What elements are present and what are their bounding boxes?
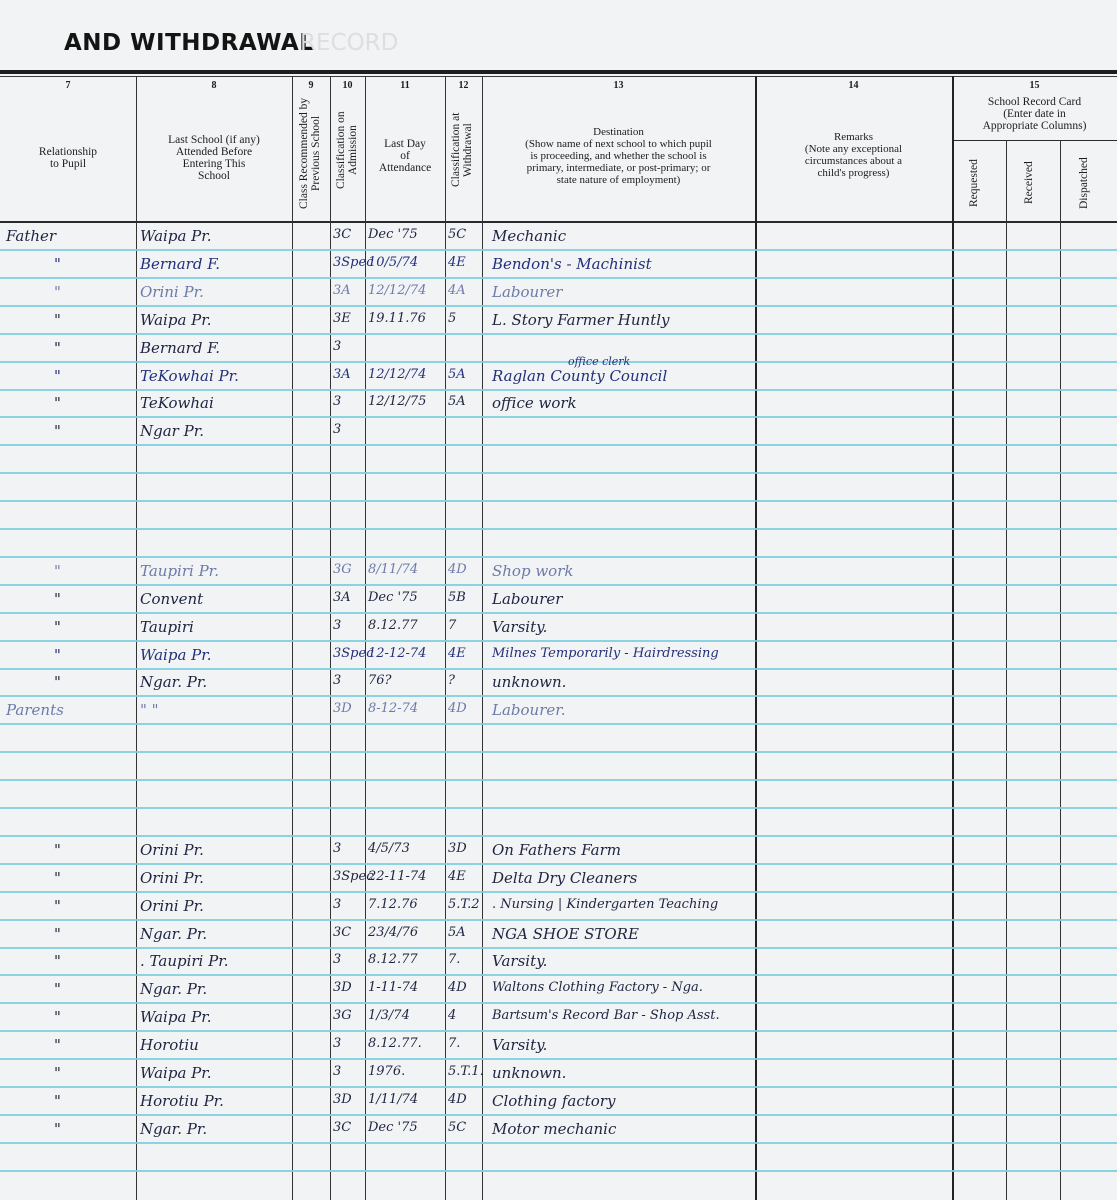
withdrawal-class-cell: 4D: [448, 980, 467, 995]
relationship-cell: Father: [6, 227, 56, 245]
last-day-cell: 23/4/76: [368, 925, 418, 940]
col-11-header: Last DayofAttendance: [365, 138, 445, 174]
last-school-cell: Waipa Pr.: [140, 1008, 212, 1026]
column-divider: [1006, 140, 1007, 1200]
last-school-cell: Orini Pr.: [140, 283, 204, 301]
col-15-received-header: Received: [1023, 150, 1043, 216]
ruled-line: [0, 612, 1117, 614]
last-day-cell: 22-11-74: [368, 869, 426, 884]
ruled-line: [0, 919, 1117, 921]
ruled-line: [0, 863, 1117, 865]
last-day-cell: 7.12.76: [368, 897, 418, 912]
destination-cell: office work: [492, 394, 577, 412]
withdrawal-class-cell: 5.T.2: [448, 897, 480, 912]
relationship-cell: ": [54, 283, 61, 301]
destination-cell: unknown.: [492, 1064, 566, 1082]
admission-class-cell: 3D: [333, 980, 352, 995]
withdrawal-class-cell: 4: [448, 1008, 456, 1023]
relationship-cell: ": [54, 422, 61, 440]
last-school-cell: Taupiri: [140, 618, 194, 636]
ruled-line: [0, 974, 1117, 976]
last-day-cell: 12/12/75: [368, 394, 426, 409]
col-11-number: 11: [365, 80, 445, 91]
withdrawal-class-cell: 4D: [448, 562, 467, 577]
col-8-header: Last School (if any)Attended Before Ente…: [136, 134, 292, 182]
last-day-cell: 12/12/74: [368, 367, 426, 382]
last-day-cell: 8.12.77.: [368, 1036, 422, 1051]
col-8-number: 8: [136, 80, 292, 91]
ruled-line: [0, 444, 1117, 446]
top-rule: [0, 70, 1117, 74]
col-12-header: Classification at Withdrawal: [450, 100, 476, 200]
destination-cell: Clothing factory: [492, 1092, 615, 1110]
col-13-number: 13: [482, 80, 755, 91]
destination-note: office clerk: [568, 355, 630, 368]
last-school-cell: Ngar. Pr.: [140, 1120, 207, 1138]
admission-class-cell: 3C: [333, 1120, 351, 1135]
admission-class-cell: 3: [333, 897, 341, 912]
ruled-line: [0, 584, 1117, 586]
last-day-cell: 8-12-74: [368, 701, 418, 716]
ruled-line: [0, 249, 1117, 251]
ruled-line: [0, 277, 1117, 279]
col-10-header: Classification on Admission: [335, 100, 361, 200]
admission-class-cell: 3E: [333, 311, 351, 326]
withdrawal-class-cell: 7.: [448, 1036, 460, 1051]
last-day-cell: 12-12-74: [368, 646, 426, 661]
last-school-cell: Ngar Pr.: [140, 422, 204, 440]
col-15-header: School Record Card(Enter date inAppropri…: [952, 96, 1117, 132]
ruled-line: [0, 779, 1117, 781]
destination-cell: Shop work: [492, 562, 573, 580]
last-day-cell: 76?: [368, 673, 392, 688]
relationship-cell: ": [54, 646, 61, 664]
withdrawal-class-cell: 5.T.1.: [448, 1064, 484, 1079]
ruled-line: [0, 835, 1117, 837]
destination-cell: . Nursing | Kindergarten Teaching: [492, 897, 718, 912]
col-7-number: 7: [0, 80, 136, 91]
last-day-cell: 10/5/74: [368, 255, 418, 270]
last-school-cell: TeKowhai Pr.: [140, 367, 239, 385]
col-7-header: Relationshipto Pupil: [0, 146, 136, 170]
admission-class-cell: 3G: [333, 1008, 352, 1023]
col-9-number: 9: [292, 80, 330, 91]
destination-cell: On Fathers Farm: [492, 841, 621, 859]
last-day-cell: 19.11.76: [368, 311, 426, 326]
withdrawal-class-cell: 5C: [448, 1120, 466, 1135]
last-school-cell: Bernard F.: [140, 255, 220, 273]
admission-class-cell: 3: [333, 952, 341, 967]
withdrawal-class-cell: 5A: [448, 394, 466, 409]
relationship-cell: ": [54, 339, 61, 357]
ruled-line: [0, 305, 1117, 307]
withdrawal-class-cell: 5: [448, 311, 456, 326]
col-13-header: Destination(Show name of next school to …: [482, 126, 755, 186]
withdrawal-class-cell: 7.: [448, 952, 460, 967]
ruled-line: [0, 556, 1117, 558]
ruled-line: [0, 528, 1117, 530]
ruled-line: [0, 695, 1117, 697]
relationship-cell: ": [54, 673, 61, 691]
ruled-line: [0, 751, 1117, 753]
relationship-cell: ": [54, 394, 61, 412]
relationship-cell: ": [54, 367, 61, 385]
last-day-cell: 8/11/74: [368, 562, 418, 577]
col-12-number: 12: [445, 80, 482, 91]
ruled-line: [0, 947, 1117, 949]
last-day-cell: 8.12.77: [368, 618, 418, 633]
record-card-subrule: [952, 140, 1117, 141]
destination-cell: Mechanic: [492, 227, 566, 245]
last-day-cell: Dec '75: [368, 1120, 418, 1135]
admission-class-cell: 3: [333, 673, 341, 688]
withdrawal-class-cell: 4E: [448, 646, 466, 661]
last-school-cell: Waipa Pr.: [140, 1064, 212, 1082]
destination-cell: Waltons Clothing Factory - Nga.: [492, 980, 703, 995]
last-day-cell: 4/5/73: [368, 841, 410, 856]
admission-class-cell: 3: [333, 1064, 341, 1079]
last-day-cell: Dec '75: [368, 590, 418, 605]
last-school-cell: Orini Pr.: [140, 897, 204, 915]
last-school-cell: Horotiu Pr.: [140, 1092, 224, 1110]
admission-class-cell: 3A: [333, 590, 351, 605]
relationship-cell: ": [54, 869, 61, 887]
col-15-dispatched-header: Dispatched: [1078, 150, 1098, 216]
last-school-cell: Taupiri Pr.: [140, 562, 219, 580]
admission-class-cell: 3: [333, 1036, 341, 1051]
last-school-cell: Ngar. Pr.: [140, 925, 207, 943]
relationship-cell: ": [54, 255, 61, 273]
last-day-cell: 1/11/74: [368, 1092, 418, 1107]
ruled-line: [0, 723, 1117, 725]
col-10-number: 10: [330, 80, 365, 91]
relationship-cell: ": [54, 1008, 61, 1026]
destination-cell: Milnes Temporarily - Hairdressing: [492, 646, 719, 661]
ruled-line: [0, 1086, 1117, 1088]
destination-cell: Motor mechanic: [492, 1120, 616, 1138]
last-school-cell: Bernard F.: [140, 339, 220, 357]
top-rule-thin: [0, 76, 1117, 77]
withdrawal-class-cell: 4E: [448, 869, 466, 884]
destination-cell: Labourer.: [492, 701, 566, 719]
last-school-cell: Waipa Pr.: [140, 646, 212, 664]
withdrawal-class-cell: 5A: [448, 925, 466, 940]
admission-class-cell: 3A: [333, 283, 351, 298]
withdrawal-class-cell: 7: [448, 618, 456, 633]
last-school-cell: Waipa Pr.: [140, 311, 212, 329]
destination-cell: Varsity.: [492, 618, 547, 636]
ruled-line: [0, 1058, 1117, 1060]
last-school-cell: . Taupiri Pr.: [140, 952, 229, 970]
admission-class-cell: 3: [333, 339, 341, 354]
admission-class-cell: 3D: [333, 701, 352, 716]
last-day-cell: 1-11-74: [368, 980, 418, 995]
page-title: AND WITHDRAWAL: [64, 30, 314, 56]
col-15-requested-header: Requested: [968, 150, 988, 216]
destination-cell: Labourer: [492, 283, 562, 301]
destination-cell: NGA SHOE STORE: [492, 925, 639, 943]
admission-class-cell: 3: [333, 618, 341, 633]
last-school-cell: Ngar. Pr.: [140, 980, 207, 998]
withdrawal-class-cell: 3D: [448, 841, 467, 856]
relationship-cell: ": [54, 841, 61, 859]
ruled-line: [0, 500, 1117, 502]
ruled-line: [0, 361, 1117, 363]
ruled-line: [0, 472, 1117, 474]
relationship-cell: ": [54, 1120, 61, 1138]
ruled-line: [0, 891, 1117, 893]
admission-class-cell: 3C: [333, 925, 351, 940]
last-school-cell: Horotiu: [140, 1036, 199, 1054]
col-9-header: Class Recommended by Previous School: [298, 92, 324, 214]
col-15-number: 15: [952, 80, 1117, 91]
destination-cell: L. Story Farmer Huntly: [492, 311, 670, 329]
withdrawal-class-cell: 4A: [448, 283, 466, 298]
last-school-cell: Ngar. Pr.: [140, 673, 207, 691]
ruled-line: [0, 1002, 1117, 1004]
admission-class-cell: 3G: [333, 562, 352, 577]
column-divider: [1060, 140, 1061, 1200]
relationship-cell: ": [54, 980, 61, 998]
last-school-cell: Convent: [140, 590, 203, 608]
last-day-cell: 8.12.77: [368, 952, 418, 967]
last-school-cell: Waipa Pr.: [140, 227, 212, 245]
admission-class-cell: 3: [333, 394, 341, 409]
admission-class-cell: 3: [333, 422, 341, 437]
withdrawal-class-cell: 4D: [448, 1092, 467, 1107]
admission-class-cell: 3D: [333, 1092, 352, 1107]
last-day-cell: Dec '75: [368, 227, 418, 242]
admission-class-cell: 3C: [333, 227, 351, 242]
ruled-line: [0, 1170, 1117, 1172]
ruled-line: [0, 1114, 1117, 1116]
destination-cell: Varsity.: [492, 1036, 547, 1054]
ruled-line: [0, 333, 1117, 335]
withdrawal-class-cell: 4D: [448, 701, 467, 716]
relationship-cell: ": [54, 952, 61, 970]
col-14-number: 14: [755, 80, 952, 91]
col-14-header: Remarks(Note any exceptional circumstanc…: [755, 131, 952, 179]
ruled-line: [0, 389, 1117, 391]
destination-cell: unknown.: [492, 673, 566, 691]
ghost-title: RECORD: [300, 30, 398, 56]
destination-cell: Bendon's - Machinist: [492, 255, 652, 273]
withdrawal-class-cell: 5C: [448, 227, 466, 242]
relationship-cell: ": [54, 562, 61, 580]
destination-cell: Varsity.: [492, 952, 547, 970]
withdrawal-class-cell: ?: [448, 673, 455, 688]
destination-cell: Bartsum's Record Bar - Shop Asst.: [492, 1008, 720, 1023]
destination-cell: Labourer: [492, 590, 562, 608]
withdrawal-class-cell: 5B: [448, 590, 466, 605]
withdrawal-class-cell: 4E: [448, 255, 466, 270]
relationship-cell: ": [54, 618, 61, 636]
withdrawal-class-cell: 5A: [448, 367, 466, 382]
ruled-line: [0, 1142, 1117, 1144]
ruled-line: [0, 1030, 1117, 1032]
admission-class-cell: 3: [333, 841, 341, 856]
relationship-cell: ": [54, 1036, 61, 1054]
relationship-cell: ": [54, 590, 61, 608]
admission-class-cell: 3A: [333, 367, 351, 382]
relationship-cell: ": [54, 1092, 61, 1110]
last-school-cell: Orini Pr.: [140, 841, 204, 859]
destination-cell: Raglan County Council: [492, 367, 667, 385]
last-day-cell: 1/3/74: [368, 1008, 410, 1023]
ruled-line: [0, 416, 1117, 418]
header-bottom-rule: [0, 221, 1117, 223]
relationship-cell: ": [54, 925, 61, 943]
last-school-cell: " ": [140, 701, 159, 719]
ruled-line: [0, 668, 1117, 670]
ruled-line: [0, 640, 1117, 642]
last-school-cell: TeKowhai: [140, 394, 214, 412]
ruled-line: [0, 807, 1117, 809]
relationship-cell: Parents: [6, 701, 64, 719]
relationship-cell: ": [54, 897, 61, 915]
destination-cell: Delta Dry Cleaners: [492, 869, 637, 887]
last-day-cell: 12/12/74: [368, 283, 426, 298]
last-school-cell: Orini Pr.: [140, 869, 204, 887]
relationship-cell: ": [54, 1064, 61, 1082]
relationship-cell: ": [54, 311, 61, 329]
last-day-cell: 1976.: [368, 1064, 405, 1079]
